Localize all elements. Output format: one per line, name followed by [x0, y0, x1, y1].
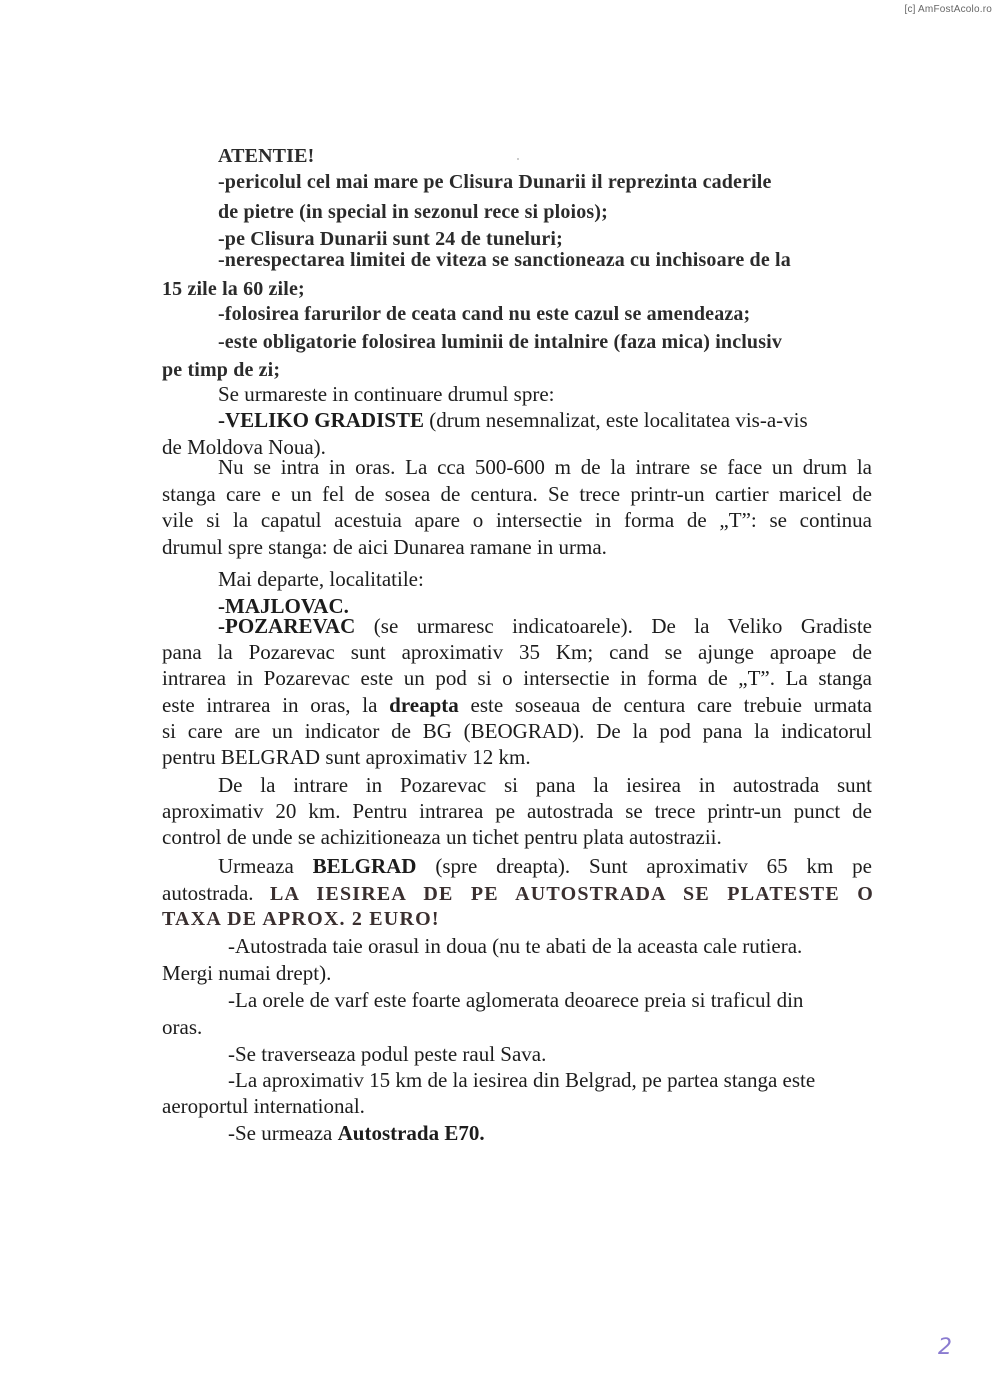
paragraph-veliko-3: vile si la capatul acestuia apare o inte… [162, 507, 872, 533]
paragraph-veliko-2: stanga care e un fel de sosea de centura… [162, 481, 872, 507]
further-localities: Mai departe, localitatile: [218, 566, 424, 592]
paragraph-pozarevac-6: pentru BELGRAD sunt aproximativ 12 km. [162, 744, 531, 770]
veliko-gradiste-name: -VELIKO GRADISTE [218, 408, 424, 432]
belgrad-emphasis: BELGRAD [313, 854, 417, 878]
paragraph-pozarevac-5: si care are un indicator de BG (BEOGRAD)… [162, 718, 872, 744]
attention-item-rockfall: -pericolul cel mai mare pe Clisura Dunar… [218, 169, 772, 195]
paragraph-belgrad-2: autostrada. LA IESIREA DE PE AUTOSTRADA … [162, 880, 874, 907]
dreapta-emphasis: dreapta [389, 693, 459, 717]
text-segment: este intrarea in oras, la [162, 693, 389, 717]
veliko-gradiste-note: (drum nesemnalizat, este localitatea vis… [424, 408, 808, 432]
bullet-rush-hour-cont: oras. [162, 1014, 202, 1040]
document-page: ATENTIE! -pericolul cel mai mare pe Clis… [0, 0, 1000, 1375]
e70-emphasis: Autostrada E70. [338, 1121, 485, 1145]
paragraph-highway-1: De la intrare in Pozarevac si pana la ie… [218, 772, 872, 798]
bullet-rush-hour: -La orele de varf este foarte aglomerata… [228, 987, 803, 1013]
attention-item-speeding: -nerespectarea limitei de viteza se sanc… [218, 247, 791, 273]
paragraph-pozarevac-3: intrarea in Pozarevac este un pod si o i… [162, 665, 872, 691]
attention-item-low-beam-cont: pe timp de zi; [162, 357, 280, 383]
bullet-city-split-cont: Mergi numai drept). [162, 960, 331, 986]
handwritten-page-number: 2 [938, 1335, 952, 1360]
paragraph-veliko-1: Nu se intra in oras. La cca 500-600 m de… [218, 454, 872, 480]
text-segment: este soseaua de centura care trebuie urm… [459, 693, 872, 717]
pozarevac-line: -POZAREVAC (se urmaresc indicatoarele). … [218, 613, 872, 639]
attention-item-rockfall-cont: de pietre (in special in sezonul rece si… [218, 199, 608, 225]
paragraph-veliko-4: drumul spre stanga: de aici Dunarea rama… [162, 534, 607, 560]
toll-warning-cont: TAXA DE APROX. 2 EURO! [162, 906, 440, 932]
paragraph-highway-2: aproximativ 20 km. Pentru intrarea pe au… [162, 798, 872, 824]
attention-item-fog-lights: -folosirea farurilor de ceata cand nu es… [218, 301, 750, 327]
bullet-airport-cont: aeroportul international. [162, 1093, 365, 1119]
bullet-city-split: -Autostrada taie orasul in doua (nu te a… [228, 933, 802, 959]
text-segment: Urmeaza [218, 854, 313, 878]
paragraph-pozarevac-2: pana la Pozarevac sunt aproximativ 35 Km… [162, 639, 872, 665]
pozarevac-note: (se urmaresc indicatoarele). De la Velik… [355, 614, 872, 638]
paragraph-belgrad-1: Urmeaza BELGRAD (spre dreapta). Sunt apr… [218, 853, 872, 879]
scan-speck [517, 158, 519, 160]
text-segment: -Se urmeaza [228, 1121, 338, 1145]
bullet-airport: -La aproximativ 15 km de la iesirea din … [228, 1067, 815, 1093]
paragraph-highway-3: control de unde se achizitioneaza un tic… [162, 824, 722, 850]
text-segment: autostrada. [162, 881, 270, 905]
attention-item-speeding-cont: 15 zile la 60 zile; [162, 276, 305, 302]
text-segment: (spre dreapta). Sunt aproximativ 65 km p… [416, 854, 872, 878]
attention-item-low-beam: -este obligatorie folosirea luminii de i… [218, 329, 782, 355]
toll-warning: LA IESIREA DE PE AUTOSTRADA SE PLATESTE … [270, 883, 874, 905]
veliko-gradiste-line: -VELIKO GRADISTE (drum nesemnalizat, est… [218, 407, 808, 433]
pozarevac-name: -POZAREVAC [218, 614, 355, 638]
attention-heading: ATENTIE! [218, 143, 314, 169]
bullet-e70: -Se urmeaza Autostrada E70. [228, 1120, 485, 1146]
bullet-sava-bridge: -Se traverseaza podul peste raul Sava. [228, 1041, 546, 1067]
paragraph-pozarevac-4: este intrarea in oras, la dreapta este s… [162, 692, 872, 718]
route-intro: Se urmareste in continuare drumul spre: [218, 381, 554, 407]
